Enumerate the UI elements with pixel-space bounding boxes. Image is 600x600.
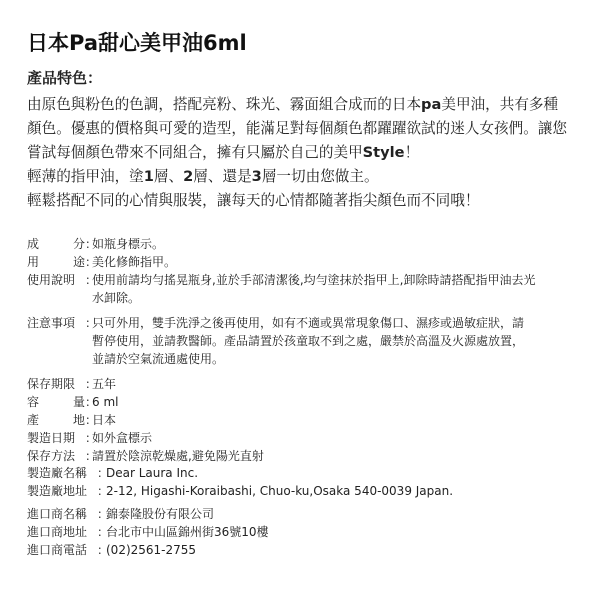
spec-label-origin: 產 地 bbox=[27, 411, 85, 429]
spec-label-purpose: 用 途 bbox=[27, 253, 85, 271]
spec-label-mfg-date: 製造日期 bbox=[27, 429, 85, 447]
specs-block: 成 分 ： 如瓶身標示。 用 途 ： 美化修飾指甲。 使用說明 ： 使用前請均勻… bbox=[27, 235, 587, 465]
importer-phone-value: (02)2561-2755 bbox=[106, 541, 587, 559]
importer-phone-label: 進口商電話 bbox=[27, 541, 97, 559]
spec-row-shelf-life: 保存期限 ： 五年 bbox=[27, 375, 587, 393]
spec-row-volume: 容 量 ： 6 ml bbox=[27, 393, 587, 411]
spec-label-ingredients: 成 分 bbox=[27, 235, 85, 253]
spec-value-shelf-life: 五年 bbox=[92, 375, 587, 393]
importer-name-value: 錦泰隆股份有限公司 bbox=[106, 505, 587, 523]
spec-label-usage: 使用說明 bbox=[27, 271, 85, 289]
spec-value-origin: 日本 bbox=[92, 411, 587, 429]
importer-name-row: 進口商名稱 ： 錦泰隆股份有限公司 bbox=[27, 505, 587, 523]
importer-name-label: 進口商名稱 bbox=[27, 505, 97, 523]
spec-label-shelf-life: 保存期限 bbox=[27, 375, 85, 393]
spec-value-usage: 使用前請均勻搖晃瓶身,並於手部清潔後,均勻塗抹於指甲上,卸除時請搭配指甲油去光 … bbox=[92, 271, 587, 307]
importer-block: 進口商名稱 ： 錦泰隆股份有限公司 進口商地址 ： 台北市中山區錦州街36號10… bbox=[27, 505, 587, 559]
spec-row-usage: 使用說明 ： 使用前請均勻搖晃瓶身,並於手部清潔後,均勻塗抹於指甲上,卸除時請搭… bbox=[27, 271, 587, 307]
spec-row-storage: 保存方法 ： 請置於陰涼乾燥處,避免陽光直射 bbox=[27, 447, 587, 465]
spec-row-ingredients: 成 分 ： 如瓶身標示。 bbox=[27, 235, 587, 253]
spec-label-volume: 容 量 bbox=[27, 393, 85, 411]
manufacturer-name-row: 製造廠名稱 ： Dear Laura Inc. bbox=[27, 464, 587, 482]
feature-line: 顏色。優惠的價格與可愛的造型，能滿足對每個顏色都躍躍欲試的迷人女孩們。讓您 bbox=[27, 117, 583, 141]
manufacturer-block: 製造廠名稱 ： Dear Laura Inc. 製造廠地址 ： 2-12, Hi… bbox=[27, 464, 587, 500]
spec-row-mfg-date: 製造日期 ： 如外盒標示 bbox=[27, 429, 587, 447]
spec-value-volume: 6 ml bbox=[92, 393, 587, 411]
feature-line: 由原色與粉色的色調，搭配亮粉、珠光、霧面組合成而的日本pa美甲油，共有多種 bbox=[27, 93, 583, 117]
spec-row-origin: 產 地 ： 日本 bbox=[27, 411, 587, 429]
manufacturer-address-value: 2-12, Higashi-Koraibashi, Chuo-ku,Osaka … bbox=[106, 482, 587, 500]
spec-value-ingredients: 如瓶身標示。 bbox=[92, 235, 587, 253]
spec-value-storage: 請置於陰涼乾燥處,避免陽光直射 bbox=[92, 447, 587, 465]
feature-line: 輕薄的指甲油，塗1層、2層、還是3層一切由您做主。 bbox=[27, 165, 583, 189]
manufacturer-name-label: 製造廠名稱 bbox=[27, 464, 97, 482]
spec-row-purpose: 用 途 ： 美化修飾指甲。 bbox=[27, 253, 587, 271]
spec-value-purpose: 美化修飾指甲。 bbox=[92, 253, 587, 271]
spec-value-caution: 只可外用，雙手洗淨之後再使用，如有不適或異常現象傷口、濕疹或過敏症狀，請 暫停使… bbox=[92, 314, 587, 368]
importer-phone-row: 進口商電話 ： (02)2561-2755 bbox=[27, 541, 587, 559]
product-title: 日本Pa甜心美甲油6ml bbox=[27, 30, 247, 56]
importer-address-value: 台北市中山區錦州街36號10樓 bbox=[106, 523, 587, 541]
spec-label-storage: 保存方法 bbox=[27, 447, 85, 465]
spec-label-caution: 注意事項 bbox=[27, 314, 85, 332]
manufacturer-address-row: 製造廠地址 ： 2-12, Higashi-Koraibashi, Chuo-k… bbox=[27, 482, 587, 500]
feature-line: 嘗試每個顏色帶來不同組合，擁有只屬於自己的美甲Style！ bbox=[27, 141, 583, 165]
spec-value-mfg-date: 如外盒標示 bbox=[92, 429, 587, 447]
manufacturer-name-value: Dear Laura Inc. bbox=[106, 464, 587, 482]
manufacturer-address-label: 製造廠地址 bbox=[27, 482, 97, 500]
importer-address-row: 進口商地址 ： 台北市中山區錦州街36號10樓 bbox=[27, 523, 587, 541]
features-heading: 產品特色： bbox=[27, 68, 102, 88]
feature-line: 輕鬆搭配不同的心情與服裝，讓每天的心情都隨著指尖顏色而不同哦！ bbox=[27, 189, 583, 213]
importer-address-label: 進口商地址 bbox=[27, 523, 97, 541]
features-body: 由原色與粉色的色調，搭配亮粉、珠光、霧面組合成而的日本pa美甲油，共有多種顏色。… bbox=[27, 93, 583, 213]
spec-row-caution: 注意事項 ： 只可外用，雙手洗淨之後再使用，如有不適或異常現象傷口、濕疹或過敏症… bbox=[27, 314, 587, 368]
